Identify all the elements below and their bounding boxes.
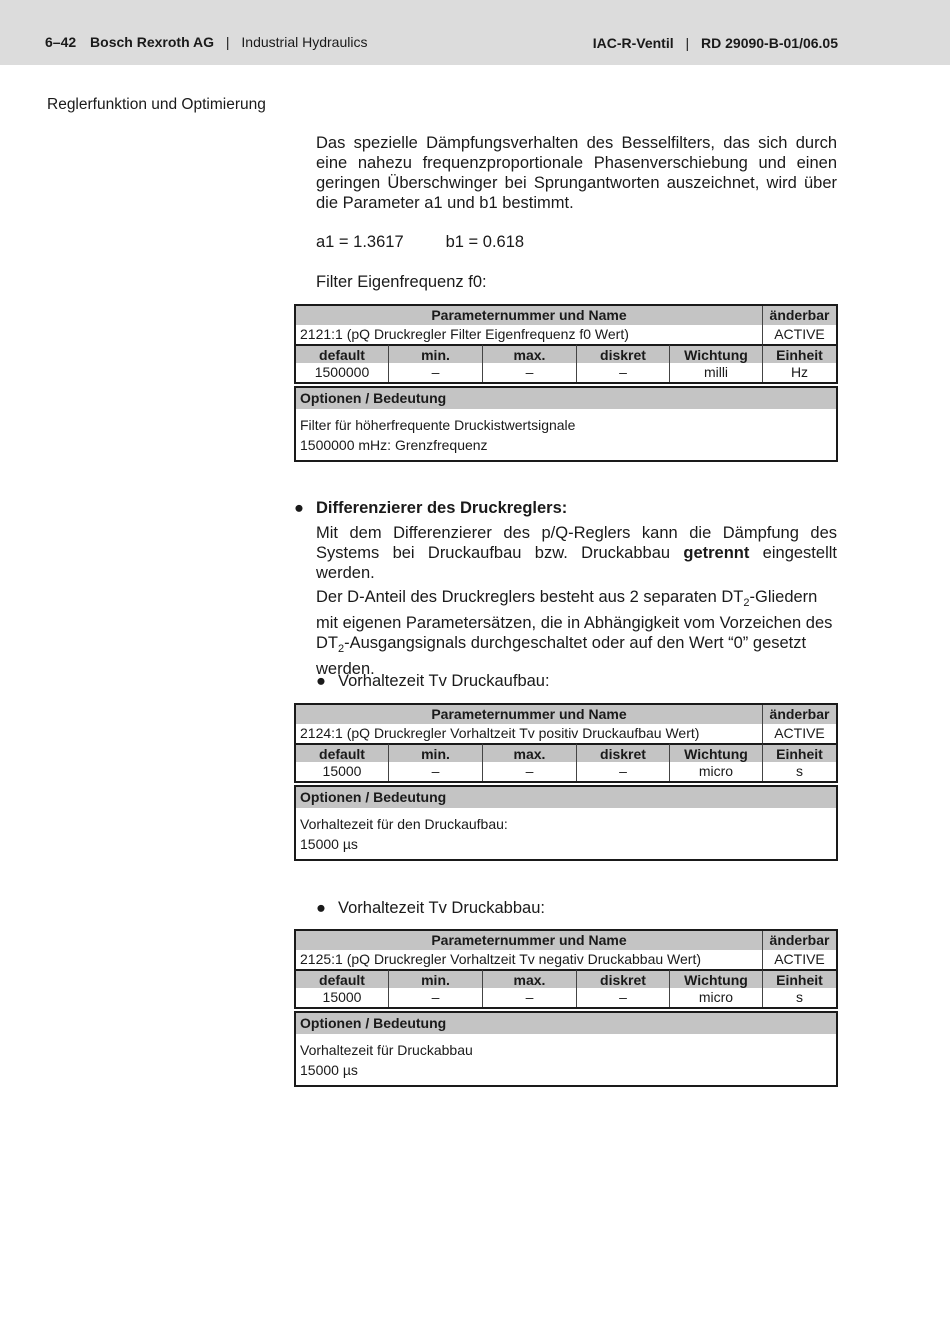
value-unit: Hz (762, 363, 836, 382)
section-title: Reglerfunktion und Optimierung (47, 96, 266, 114)
bullet-icon: ● (316, 898, 338, 918)
filter-label: Filter Eigenfrequenz f0: (316, 272, 837, 292)
changeable-header: änderbar (762, 705, 836, 724)
text-run: Der D-Anteil des Druckreglers besteht au… (316, 588, 743, 606)
parameter-grid: Parameternummer und Nameänderbar2124:1 (… (294, 703, 838, 783)
col-header-default: default (296, 969, 388, 988)
option-line: Filter für höherfrequente Druckistwertsi… (300, 416, 832, 436)
col-header-weighting: Wichtung (669, 344, 762, 363)
parameter-grid: Parameternummer und Nameänderbar2125:1 (… (294, 929, 838, 1009)
bullet-icon: ● (294, 498, 316, 518)
header-left: 6–42 Bosch Rexroth AG | Industrial Hydra… (45, 34, 367, 50)
value-discrete: – (576, 988, 669, 1007)
filter-parameters: a1 = 1.3617b1 = 0.618 (316, 232, 837, 252)
value-min: – (388, 988, 482, 1007)
col-header-weighting: Wichtung (669, 969, 762, 988)
col-header-max: max. (482, 969, 576, 988)
differentiator-paragraph-1: Mit dem Differenzierer des p/Q-Reglers k… (316, 523, 837, 583)
company-name: Bosch Rexroth AG (90, 34, 214, 50)
col-header-discrete: diskret (576, 344, 669, 363)
param-b1: b1 = 0.618 (446, 233, 524, 251)
col-header-default: default (296, 743, 388, 762)
changeable-value: ACTIVE (762, 325, 836, 344)
option-line: 15000 µs (300, 835, 832, 855)
col-header-max: max. (482, 743, 576, 762)
col-header-unit: Einheit (762, 344, 836, 363)
value-max: – (482, 363, 576, 382)
changeable-value: ACTIVE (762, 950, 836, 969)
value-weighting: micro (669, 762, 762, 781)
options-header: Optionen / Bedeutung (296, 388, 836, 409)
col-header-weighting: Wichtung (669, 743, 762, 762)
sub-bullet-druckabbau: ●Vorhaltezeit Tv Druckabbau: (316, 898, 545, 918)
options-box: Optionen / BedeutungVorhaltezeit für den… (294, 785, 838, 861)
value-unit: s (762, 762, 836, 781)
product-name: IAC-R-Ventil (593, 35, 674, 51)
changeable-header: änderbar (762, 931, 836, 950)
col-header-max: max. (482, 344, 576, 363)
document-ref: RD 29090-B-01/06.05 (701, 35, 838, 51)
option-line: Vorhaltezeit für Druckabbau (300, 1041, 832, 1061)
value-max: – (482, 988, 576, 1007)
changeable-value: ACTIVE (762, 724, 836, 743)
header-separator: | (226, 34, 230, 50)
option-line: 1500000 mHz: Grenzfrequenz (300, 436, 832, 456)
heading-text: Differenzierer des Druckreglers: (316, 499, 567, 517)
value-max: – (482, 762, 576, 781)
intro-paragraph: Das spezielle Dämpfungsverhalten des Bes… (316, 133, 837, 213)
name-header: Parameternummer und Name (296, 931, 762, 950)
parameter-name: 2121:1 (pQ Druckregler Filter Eigenfrequ… (296, 325, 762, 344)
parameter-table: Parameternummer und Nameänderbar2121:1 (… (294, 304, 838, 462)
option-line: 15000 µs (300, 1061, 832, 1081)
parameter-grid: Parameternummer und Nameänderbar2121:1 (… (294, 304, 838, 384)
differentiator-paragraph-2: Der D-Anteil des Druckreglers besteht au… (316, 587, 837, 679)
col-header-unit: Einheit (762, 969, 836, 988)
options-body: Vorhaltezeit für den Druckaufbau:15000 µ… (296, 808, 836, 859)
parameter-name: 2124:1 (pQ Druckregler Vorhaltzeit Tv po… (296, 724, 762, 743)
col-header-discrete: diskret (576, 969, 669, 988)
options-header: Optionen / Bedeutung (296, 1013, 836, 1034)
value-default: 15000 (296, 762, 388, 781)
value-discrete: – (576, 363, 669, 382)
value-weighting: micro (669, 988, 762, 1007)
param-a1: a1 = 1.3617 (316, 233, 404, 251)
header-separator: | (685, 35, 689, 51)
division-name: Industrial Hydraulics (241, 34, 367, 50)
options-body: Filter für höherfrequente Druckistwertsi… (296, 409, 836, 460)
value-discrete: – (576, 762, 669, 781)
value-default: 15000 (296, 988, 388, 1007)
sub-bullet-text: Vorhaltezeit Tv Druckabbau: (338, 899, 545, 917)
parameter-table: Parameternummer und Nameänderbar2124:1 (… (294, 703, 838, 861)
sub-bullet-druckaufbau: ●Vorhaltezeit Tv Druckaufbau: (316, 671, 550, 691)
page-header: 6–42 Bosch Rexroth AG | Industrial Hydra… (0, 0, 950, 65)
sub-bullet-text: Vorhaltezeit Tv Druckaufbau: (338, 672, 550, 690)
bullet-icon: ● (316, 671, 338, 691)
name-header: Parameternummer und Name (296, 705, 762, 724)
col-header-default: default (296, 344, 388, 363)
header-right: IAC-R-Ventil | RD 29090-B-01/06.05 (593, 35, 838, 51)
parameter-table: Parameternummer und Nameänderbar2125:1 (… (294, 929, 838, 1087)
option-line: Vorhaltezeit für den Druckaufbau: (300, 815, 832, 835)
changeable-header: änderbar (762, 306, 836, 325)
options-body: Vorhaltezeit für Druckabbau15000 µs (296, 1034, 836, 1085)
col-header-min: min. (388, 743, 482, 762)
parameter-name: 2125:1 (pQ Druckregler Vorhaltzeit Tv ne… (296, 950, 762, 969)
options-box: Optionen / BedeutungFilter für höherfreq… (294, 386, 838, 462)
value-weighting: milli (669, 363, 762, 382)
col-header-unit: Einheit (762, 743, 836, 762)
page-number: 6–42 (45, 34, 76, 50)
value-min: – (388, 762, 482, 781)
col-header-min: min. (388, 344, 482, 363)
value-min: – (388, 363, 482, 382)
col-header-min: min. (388, 969, 482, 988)
differentiator-heading: ●Differenzierer des Druckreglers: (294, 498, 567, 518)
emphasis-text: getrennt (683, 544, 749, 562)
options-box: Optionen / BedeutungVorhaltezeit für Dru… (294, 1011, 838, 1087)
name-header: Parameternummer und Name (296, 306, 762, 325)
options-header: Optionen / Bedeutung (296, 787, 836, 808)
col-header-discrete: diskret (576, 743, 669, 762)
value-default: 1500000 (296, 363, 388, 382)
value-unit: s (762, 988, 836, 1007)
